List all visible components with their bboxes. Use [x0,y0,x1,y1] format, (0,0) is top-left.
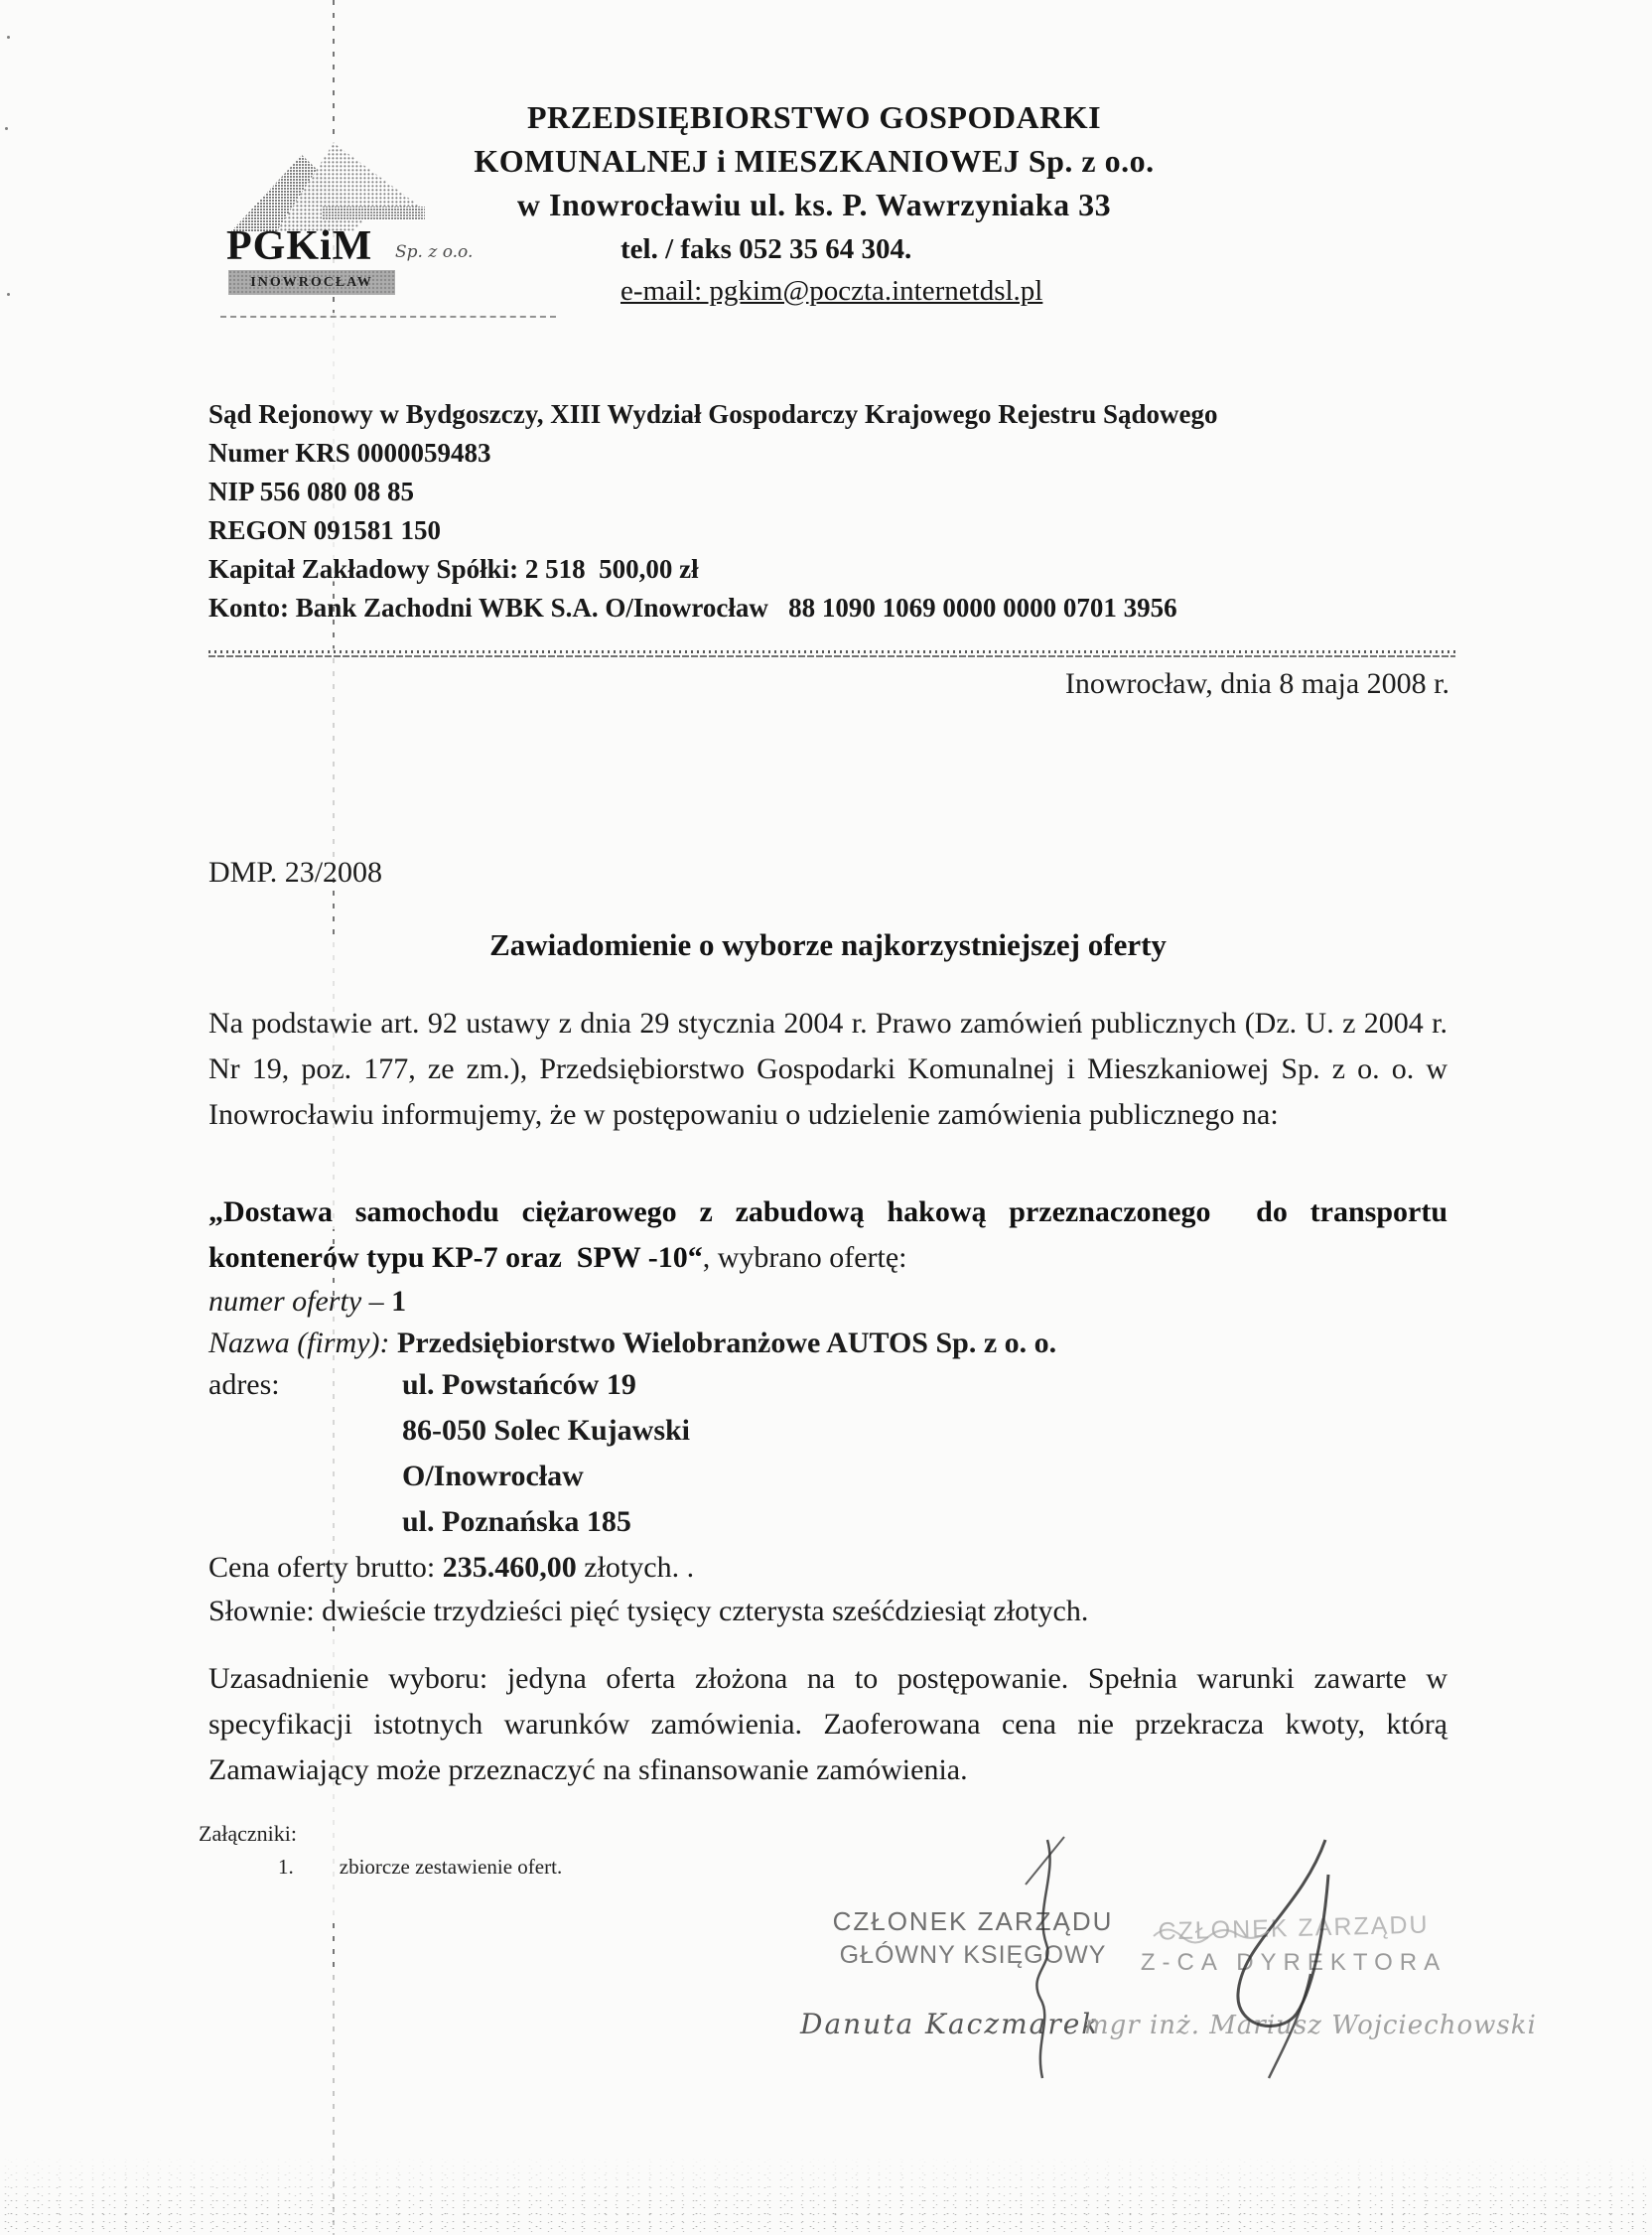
reference-number: DMP. 23/2008 [208,856,382,890]
registry-bank-account-line: Konto: Bank Zachodni WBK S.A. O/Inowrocł… [208,589,1499,628]
firm-name: Przedsiębiorstwo Wielobranżowe AUTOS Sp.… [390,1327,1057,1359]
scan-speck [7,36,10,39]
right-role-line-2: Z-CA DYREKTORA [1110,1949,1477,1977]
scan-speck [5,127,8,130]
address-label: adres: [208,1362,402,1545]
offer-number-label: numer oferty – [208,1285,391,1318]
email-line: e-mail: pgkim@poczta.internetdsl.pl [620,270,1241,312]
registry-block: Sąd Rejonowy w Bydgoszczy, XIII Wydział … [208,395,1499,628]
letter-title: Zawiadomienie o wyborze najkorzystniejsz… [208,927,1447,963]
price-label: Cena oferty brutto: [208,1551,443,1584]
intro-paragraph: Na podstawie art. 92 ustawy z dnia 29 st… [208,1001,1447,1138]
company-name-line-1: PRZEDSIĘBIORSTWO GOSPODARKI [387,95,1241,139]
address-line-branch: O/Inowrocław [402,1454,690,1499]
address-line-street: ul. Powstańców 19 [402,1362,690,1408]
price-tail: złotych. . [577,1551,694,1584]
registry-krs-line: Numer KRS 0000059483 [208,434,1499,473]
signature-block-right: CZŁONEK ZARZĄDU Z-CA DYREKTORA mgr inż. … [1110,1914,1477,2040]
registry-nip-line: NIP 556 080 08 85 [208,473,1499,511]
address-line-branch-street: ul. Poznańska 185 [402,1499,690,1545]
attachment-item-text: zbiorcze zestawienie ofert. [340,1855,562,1879]
attachments-block: Załączniki: 1.zbiorcze zestawienie ofert… [199,1821,562,1880]
dateline: Inowrocław, dnia 8 maja 2008 r. [1065,667,1449,701]
price-line: Cena oferty brutto: 235.460,00 złotych. … [208,1545,1447,1591]
right-signer-name: mgr inż. Mariusz Wojciechowski [1084,2011,1477,2040]
justification-paragraph: Uzasadnienie wyboru: jedyna oferta złożo… [208,1656,1447,1793]
address-block: adres: ul. Powstańców 19 86-050 Solec Ku… [208,1362,1447,1545]
phone-line: tel. / faks 052 35 64 304. [620,228,1241,270]
right-role-line-1: CZŁONEK ZARZĄDU [1110,1909,1478,1948]
scanned-letter-page: PGKiM Sp. z o.o. INOWROCŁAW PRZEDSIĘBIOR… [0,0,1652,2235]
scan-speck [7,293,10,296]
scan-noise [0,2156,1652,2235]
subject-tail-text: , wybrano ofertę: [703,1241,907,1274]
logo-city-band: INOWROCŁAW [228,270,395,295]
left-role-line-2: GŁÓWNY KSIĘGOWY [782,1941,1164,1970]
attachment-item-number: 1. [278,1855,294,1879]
attachments-label: Załączniki: [199,1821,562,1847]
attachment-item: 1.zbiorcze zestawienie ofert. [278,1855,562,1880]
price-in-words-line: Słownie: dwieście trzydzieści pięć tysię… [208,1589,1447,1634]
offer-number-line: numer oferty – 1 [208,1279,1447,1325]
registry-court-line: Sąd Rejonowy w Bydgoszczy, XIII Wydział … [208,395,1499,434]
offer-number-value: 1 [391,1285,406,1318]
registry-capital-line: Kapitał Zakładowy Spółki: 2 518 500,00 z… [208,550,1499,589]
price-value: 235.460,00 [443,1551,577,1584]
firm-label: Nazwa (firmy): [208,1327,390,1359]
subject-paragraph: „Dostawa samochodu ciężarowego z zabudow… [208,1189,1447,1281]
dotted-separator [208,650,1455,657]
letterhead: PRZEDSIĘBIORSTWO GOSPODARKI KOMUNALNEJ i… [387,95,1241,312]
firm-line: Nazwa (firmy): Przedsiębiorstwo Wielobra… [208,1321,1447,1366]
logo-acronym: PGKiM [226,222,372,270]
company-name-line-2: KOMUNALNEJ i MIESZKANIOWEJ Sp. z o.o. [387,139,1241,183]
left-role-line-1: CZŁONEK ZARZĄDU [782,1906,1164,1937]
registry-regon-line: REGON 091581 150 [208,511,1499,550]
logo-dashed-underline [220,316,556,318]
address-line-city: 86-050 Solec Kujawski [402,1408,690,1454]
company-address-line: w Inowrocławiu ul. ks. P. Wawrzyniaka 33 [387,183,1241,226]
